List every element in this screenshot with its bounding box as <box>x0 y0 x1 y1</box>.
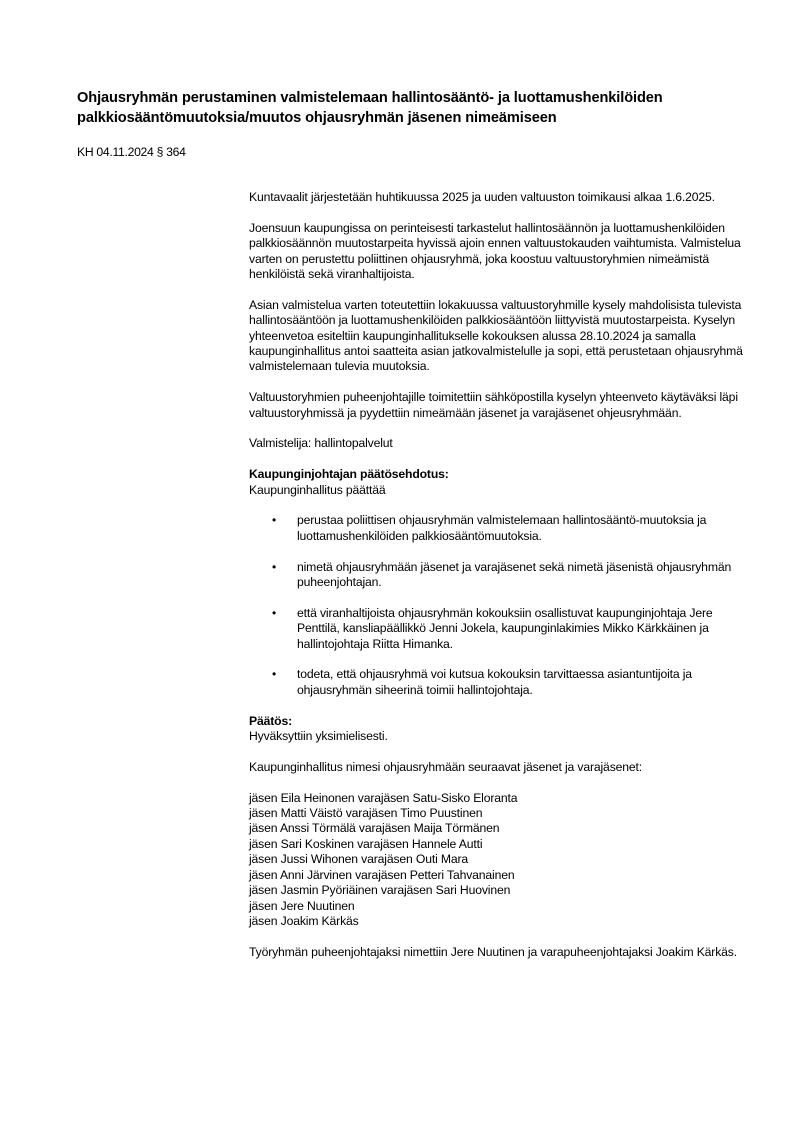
members-intro: Kaupunginhallitus nimesi ohjausryhmään s… <box>249 760 744 775</box>
decision-heading: Päätös: <box>249 714 744 729</box>
decision-section: Päätös: Hyväksyttiin yksimielisesti. Kau… <box>249 714 744 960</box>
paragraph: Joensuun kaupungissa on perinteisesti ta… <box>249 221 744 283</box>
paragraph: Valtuustoryhmien puheenjohtajille toimit… <box>249 390 744 421</box>
member-row: jäsen Joakim Kärkäs <box>249 914 744 929</box>
member-row: jäsen Anni Järvinen varajäsen Petteri Ta… <box>249 868 744 883</box>
meeting-reference: KH 04.11.2024 § 364 <box>77 144 186 160</box>
member-row: jäsen Matti Väistö varajäsen Timo Puusti… <box>249 806 744 821</box>
proposal-item: • nimetä ohjausryhmään jäsenet ja varajä… <box>249 560 744 591</box>
member-row: jäsen Jere Nuutinen <box>249 899 744 914</box>
document-page: Ohjausryhmän perustaminen valmistelemaan… <box>0 0 794 1122</box>
proposal-item-text: perustaa poliittisen ohjausryhmän valmis… <box>297 513 706 542</box>
proposal-item-text: että viranhaltijoista ohjausryhmän kokou… <box>297 606 713 651</box>
member-row: jäsen Jussi Wihonen varajäsen Outi Mara <box>249 852 744 867</box>
bullet-icon: • <box>272 606 276 621</box>
proposal-heading: Kaupunginjohtajan päätösehdotus: <box>249 467 744 482</box>
paragraph: Asian valmistelua varten toteutettiin lo… <box>249 298 744 375</box>
member-row: jäsen Jasmin Pyöriäinen varajäsen Sari H… <box>249 883 744 898</box>
proposal-intro: Kaupunginhallitus päättää <box>249 483 744 498</box>
decision-text: Hyväksyttiin yksimielisesti. <box>249 729 744 744</box>
member-row: jäsen Anssi Törmälä varajäsen Maija Törm… <box>249 821 744 836</box>
preparer-line: Valmistelija: hallintopalvelut <box>249 436 744 451</box>
proposal-section: Kaupunginjohtajan päätösehdotus: Kaupung… <box>249 467 744 698</box>
member-row: jäsen Sari Koskinen varajäsen Hannele Au… <box>249 837 744 852</box>
proposal-list: • perustaa poliittisen ohjausryhmän valm… <box>249 513 744 698</box>
proposal-item: • perustaa poliittisen ohjausryhmän valm… <box>249 513 744 544</box>
members-list: jäsen Eila Heinonen varajäsen Satu-Sisko… <box>249 791 744 930</box>
member-row: jäsen Eila Heinonen varajäsen Satu-Sisko… <box>249 791 744 806</box>
document-body: Kuntavaalit järjestetään huhtikuussa 202… <box>249 190 744 976</box>
proposal-item-text: todeta, että ohjausryhmä voi kutsua koko… <box>297 667 692 696</box>
bullet-icon: • <box>272 560 276 575</box>
proposal-item: • että viranhaltijoista ohjausryhmän kok… <box>249 606 744 652</box>
closing-paragraph: Työryhmän puheenjohtajaksi nimettiin Jer… <box>249 945 744 960</box>
document-title: Ohjausryhmän perustaminen valmistelemaan… <box>77 88 717 128</box>
proposal-item-text: nimetä ohjausryhmään jäsenet ja varajäse… <box>297 560 731 589</box>
bullet-icon: • <box>272 667 276 682</box>
bullet-icon: • <box>272 513 276 528</box>
proposal-item: • todeta, että ohjausryhmä voi kutsua ko… <box>249 667 744 698</box>
paragraph: Kuntavaalit järjestetään huhtikuussa 202… <box>249 190 744 205</box>
